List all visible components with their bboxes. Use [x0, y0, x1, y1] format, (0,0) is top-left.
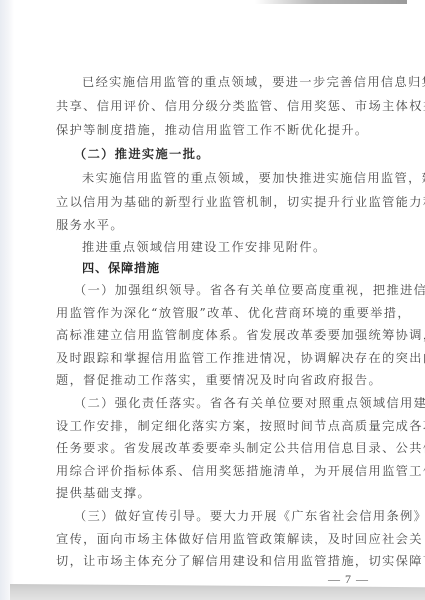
scan-edge-top	[255, 0, 407, 4]
paragraph-line: 共享、信用评价、信用分级分类监管、信用奖惩、市场主体权益	[56, 98, 425, 114]
paragraph-line: 未实施信用监管的重点领域，要加快推进实施信用监管，建	[82, 170, 425, 186]
paragraph-line: 切，让市场主体充分了解信用建设和信用监管措施，切实保障市	[56, 553, 425, 569]
paragraph-line: 任务要求。省发展改革委要牵头制定公共信用信息目录、公共信	[56, 440, 425, 456]
page-number: — 7 —	[328, 572, 369, 587]
paragraph-line: 用监管作为深化“放管服”改革、优化营商环境的重要举措，	[56, 305, 411, 321]
paragraph-line: 提供基础支撑。	[56, 485, 151, 501]
paragraph-line: 用综合评价指标体系、信用奖惩措施清单，为开展信用监管工作	[56, 463, 425, 479]
paragraph-line: （一）加强组织领导。省各有关单位要高度重视，把推进信	[74, 282, 425, 298]
paragraph-line: 设工作安排，制定细化落实方案，按照时间节点高质量完成各项	[56, 418, 425, 434]
paragraph-line: 题，督促推动工作落实，重要情况及时向省政府报告。	[56, 372, 382, 388]
paragraph-line: 服务水平。	[56, 217, 124, 233]
paragraph-line: 已经实施信用监管的重点领域，要进一步完善信用信息归集	[82, 74, 425, 90]
paragraph-line: 保护等制度措施，推动信用监管工作不断优化提升。	[56, 122, 369, 138]
paragraph-line: 推进重点领域信用建设工作安排见附件。	[82, 239, 327, 255]
paragraph-line: 高标准建立信用监管制度体系。省发展改革委要加强统筹协调，	[56, 327, 425, 343]
scan-edge-left	[0, 0, 14, 600]
subheading-2: （二）推进实施一批。	[74, 146, 210, 162]
paragraph-line: 及时跟踪和掌握信用监管工作推进情况，协调解决存在的突出问	[56, 350, 425, 366]
paragraph-line: （三）做好宣传引导。要大力开展《广东省社会信用条例》	[74, 508, 425, 524]
section-heading: 四、保障措施	[82, 260, 160, 276]
paragraph-line: （二）强化责任落实。省各有关单位要对照重点领域信用建	[74, 395, 425, 411]
paragraph-line: 立以信用为基础的新型行业监管机制，切实提升行业监管能力和	[56, 194, 425, 210]
paragraph-line: 宣传，面向市场主体做好信用监管政策解读，及时回应社会关	[56, 531, 423, 547]
